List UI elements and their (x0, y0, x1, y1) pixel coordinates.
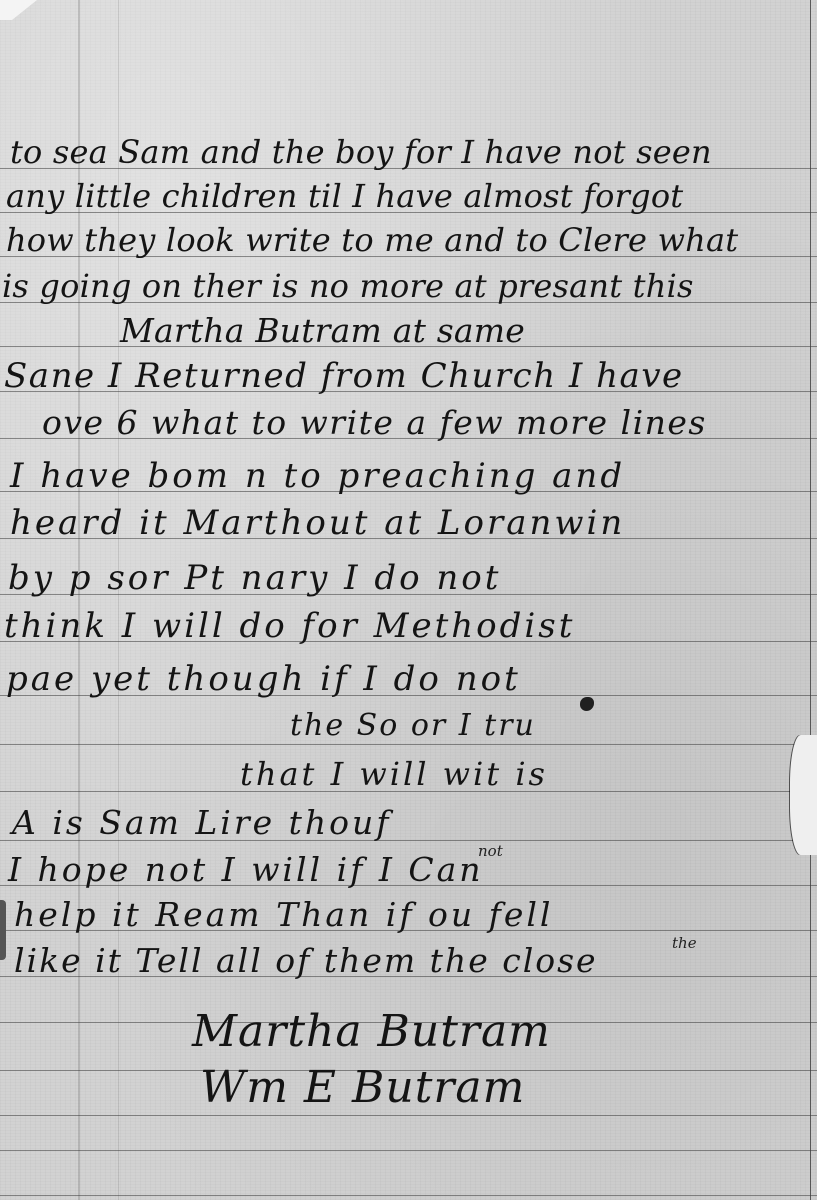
letter-line: like it Tell all of them the close (14, 944, 598, 977)
letter-line: any little children til I have almost fo… (6, 180, 683, 212)
letter-line: A is Sam Lire thouf (12, 806, 391, 839)
letter-line: I hope not I will if I Can (8, 853, 484, 886)
letter-line: that I will wit is (240, 758, 548, 790)
letter-line: think I will do for Methodist (4, 609, 575, 643)
torn-corner (0, 0, 37, 20)
letter-line: is going on ther is no more at presant t… (2, 270, 694, 302)
letter-line: I have bom n to preaching and (10, 459, 625, 493)
letter-line: help it Ream Than if ou fell (14, 898, 554, 931)
letter-line: to sea Sam and the boy for I have not se… (10, 136, 712, 168)
right-margin-rule (810, 0, 811, 1200)
ruled-line (0, 1150, 817, 1151)
letter-line: pae yet though if I do not (6, 662, 521, 696)
letter-line: ove 6 what to write a few more lines (42, 406, 707, 439)
letter-line: how they look write to me and to Clere w… (6, 224, 738, 256)
letter-line: Sane I Returned from Church I have (4, 359, 684, 393)
letter-line: heard it Marthout at Loranwin (10, 506, 625, 540)
ink-blot (580, 697, 594, 711)
signature-martha: Martha Butram (192, 1010, 551, 1054)
ruled-line (0, 1115, 817, 1116)
ruled-line (0, 1195, 817, 1196)
letter-page: to sea Sam and the boy for I have not se… (0, 0, 817, 1200)
letter-line: the So or I tru (290, 711, 536, 741)
letter-line: Martha Butram at same (120, 314, 525, 347)
letter-line: by p sor Pt nary I do not (8, 561, 501, 595)
interlinear-insertion: the (672, 934, 697, 952)
edge-shadow (0, 900, 6, 960)
torn-edge (790, 735, 817, 855)
interlinear-insertion: not (478, 842, 503, 860)
ruled-line (0, 744, 817, 745)
signature-wm: Wm E Butram (200, 1066, 525, 1110)
